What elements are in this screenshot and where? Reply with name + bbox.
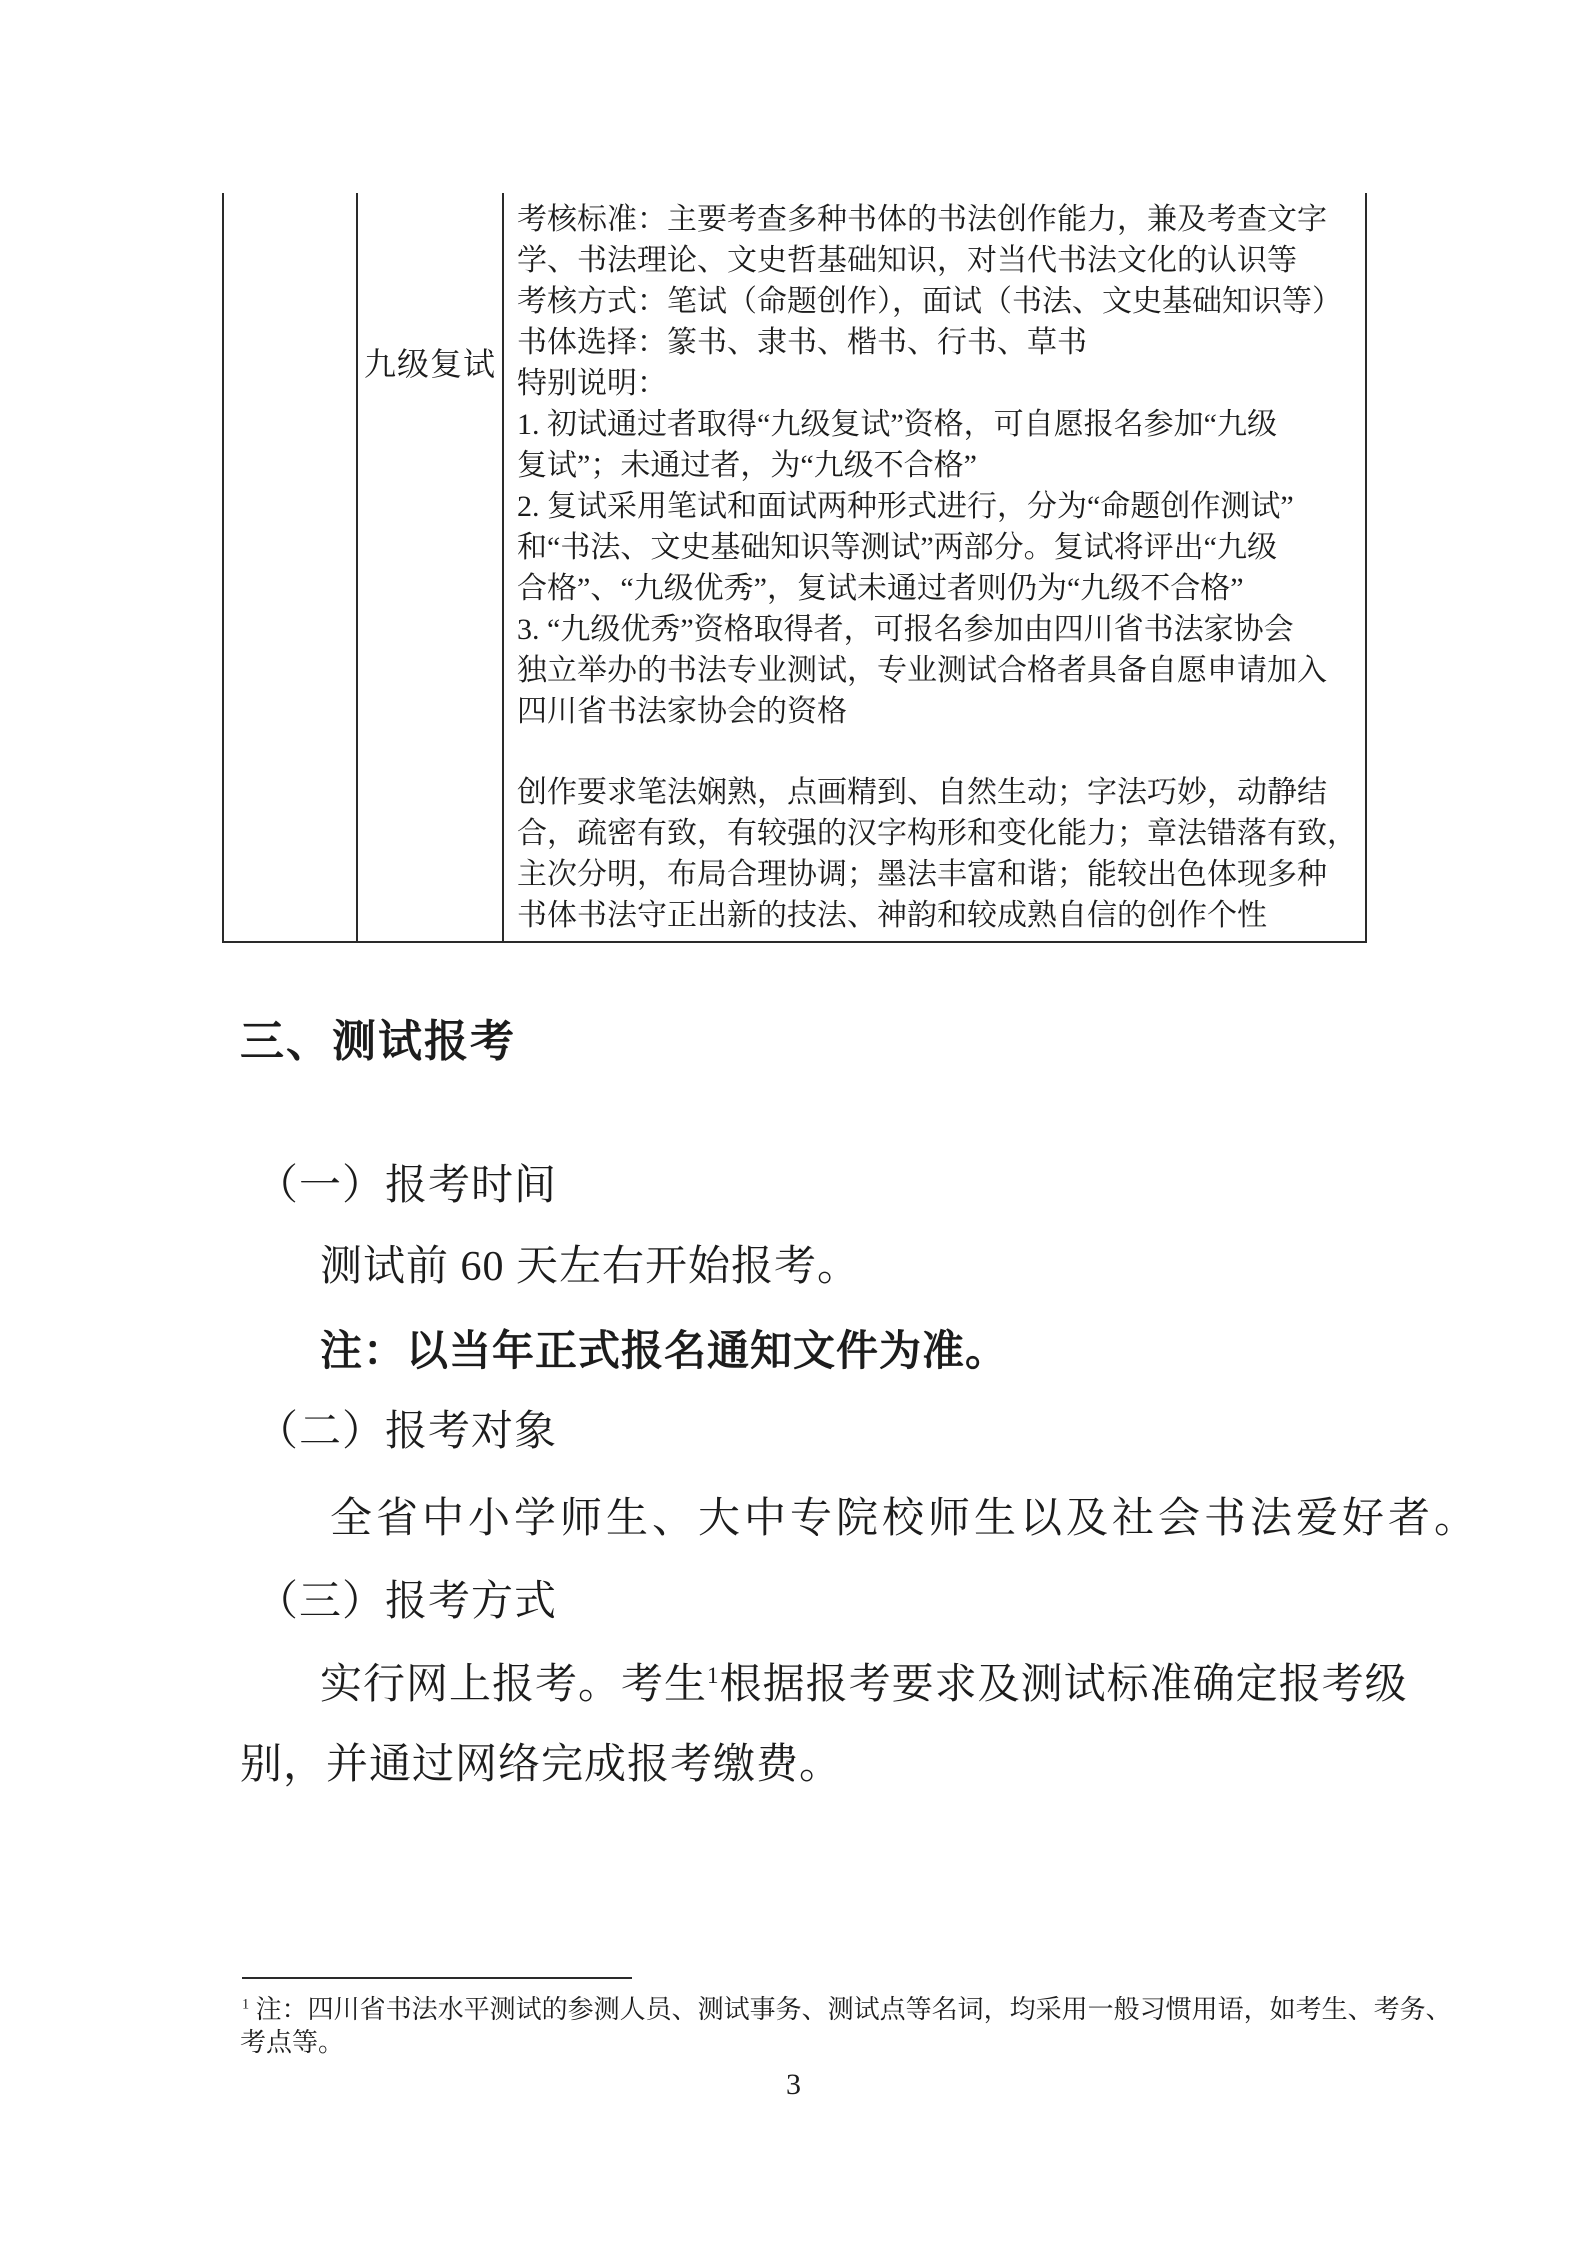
table-text-line: 合格”、“九级优秀”，复试未通过者则仍为“九级不合格” [517,568,1357,609]
table-text-line: 3. “九级优秀”资格取得者，可报名参加由四川省书法家协会 [517,609,1357,650]
paragraph-text: 根据报考要求及测试标准确定报考级 [720,1662,1408,1708]
table-text-line: 创作要求笔法娴熟，点画精到、自然生动；字法巧妙，动静结 [517,772,1357,813]
table-text-line: 考核方式：笔试（命题创作），面试（书法、文史基础知识等） [517,281,1357,322]
table-text-line: 考核标准：主要考查多种书体的书法创作能力，兼及考查文字 [517,199,1357,240]
document-page: 九级复试 考核标准：主要考查多种书体的书法创作能力，兼及考查文字学、书法理论、文… [0,0,1587,2245]
criteria-standards-block: 考核标准：主要考查多种书体的书法创作能力，兼及考查文字学、书法理论、文史哲基础知… [517,199,1357,732]
table-col-criteria: 考核标准：主要考查多种书体的书法创作能力，兼及考查文字学、书法理论、文史哲基础知… [504,193,1365,941]
page-number: 3 [0,2068,1587,2102]
table-text-line: 四川省书法家协会的资格 [517,691,1357,732]
subsection-3-paragraph-2: 别，并通过网络完成报考缴费。 [240,1731,842,1791]
table-text-line: 和“书法、文史基础知识等测试”两部分。复试将评出“九级 [517,527,1357,568]
table-col-level: 九级复试 [358,193,504,941]
footnote-marker: 1 [707,1662,720,1688]
paragraph-text: 实行网上报考。考生 [320,1662,707,1708]
subsection-1-title: （一）报考时间 [256,1152,557,1212]
subsection-1-paragraph: 测试前 60 天左右开始报考。 [320,1233,860,1293]
table-text-line: 书体选择：篆书、隶书、楷书、行书、草书 [517,322,1357,363]
level-row-label: 九级复试 [358,343,502,385]
table-text-line: 2. 复试采用笔试和面试两种形式进行，分为“命题创作测试” [517,486,1357,527]
table-text-line: 独立举办的书法专业测试，专业测试合格者具备自愿申请加入 [517,650,1357,691]
table-text-line: 合，疏密有致，有较强的汉字构形和变化能力；章法错落有致， [517,813,1357,854]
grading-standards-table: 九级复试 考核标准：主要考查多种书体的书法创作能力，兼及考查文字学、书法理论、文… [222,193,1367,943]
subsection-1-note: 注：以当年正式报名通知文件为准。 [320,1318,1008,1378]
table-text-line: 复试”；未通过者，为“九级不合格” [517,445,1357,486]
footnote-separator [242,1977,632,1979]
paragraph-gap [517,732,1357,772]
subsection-3-title: （三）报考方式 [256,1568,557,1628]
footnote-line-1: 1 注：四川省书法水平测试的参测人员、测试事务、测试点等名词，均采用一般习惯用语… [242,1993,1452,2026]
footnote-text: 注：四川省书法水平测试的参测人员、测试事务、测试点等名词，均采用一般习惯用语，如… [249,1995,1452,2024]
subsection-2-title: （二）报考对象 [256,1398,557,1458]
table-text-line: 学、书法理论、文史哲基础知识，对当代书法文化的认识等 [517,240,1357,281]
table-text-line: 主次分明，布局合理协调；墨法丰富和谐；能较出色体现多种 [517,854,1357,895]
table-text-line: 书体书法守正出新的技法、神韵和较成熟自信的创作个性 [517,895,1357,936]
footnote-line-2: 考点等。 [240,2026,344,2059]
table-col-empty [224,193,358,941]
subsection-2-paragraph: 全省中小学师生、大中专院校师生以及社会书法爱好者。 [330,1485,1480,1545]
section-heading: 三、测试报考 [240,1005,516,1069]
subsection-3-paragraph-1: 实行网上报考。考生1根据报考要求及测试标准确定报考级 [320,1651,1408,1711]
table-text-line: 1. 初试通过者取得“九级复试”资格，可自愿报名参加“九级 [517,404,1357,445]
criteria-creation-block: 创作要求笔法娴熟，点画精到、自然生动；字法巧妙，动静结合，疏密有致，有较强的汉字… [517,772,1357,936]
table-text-line: 特别说明： [517,363,1357,404]
